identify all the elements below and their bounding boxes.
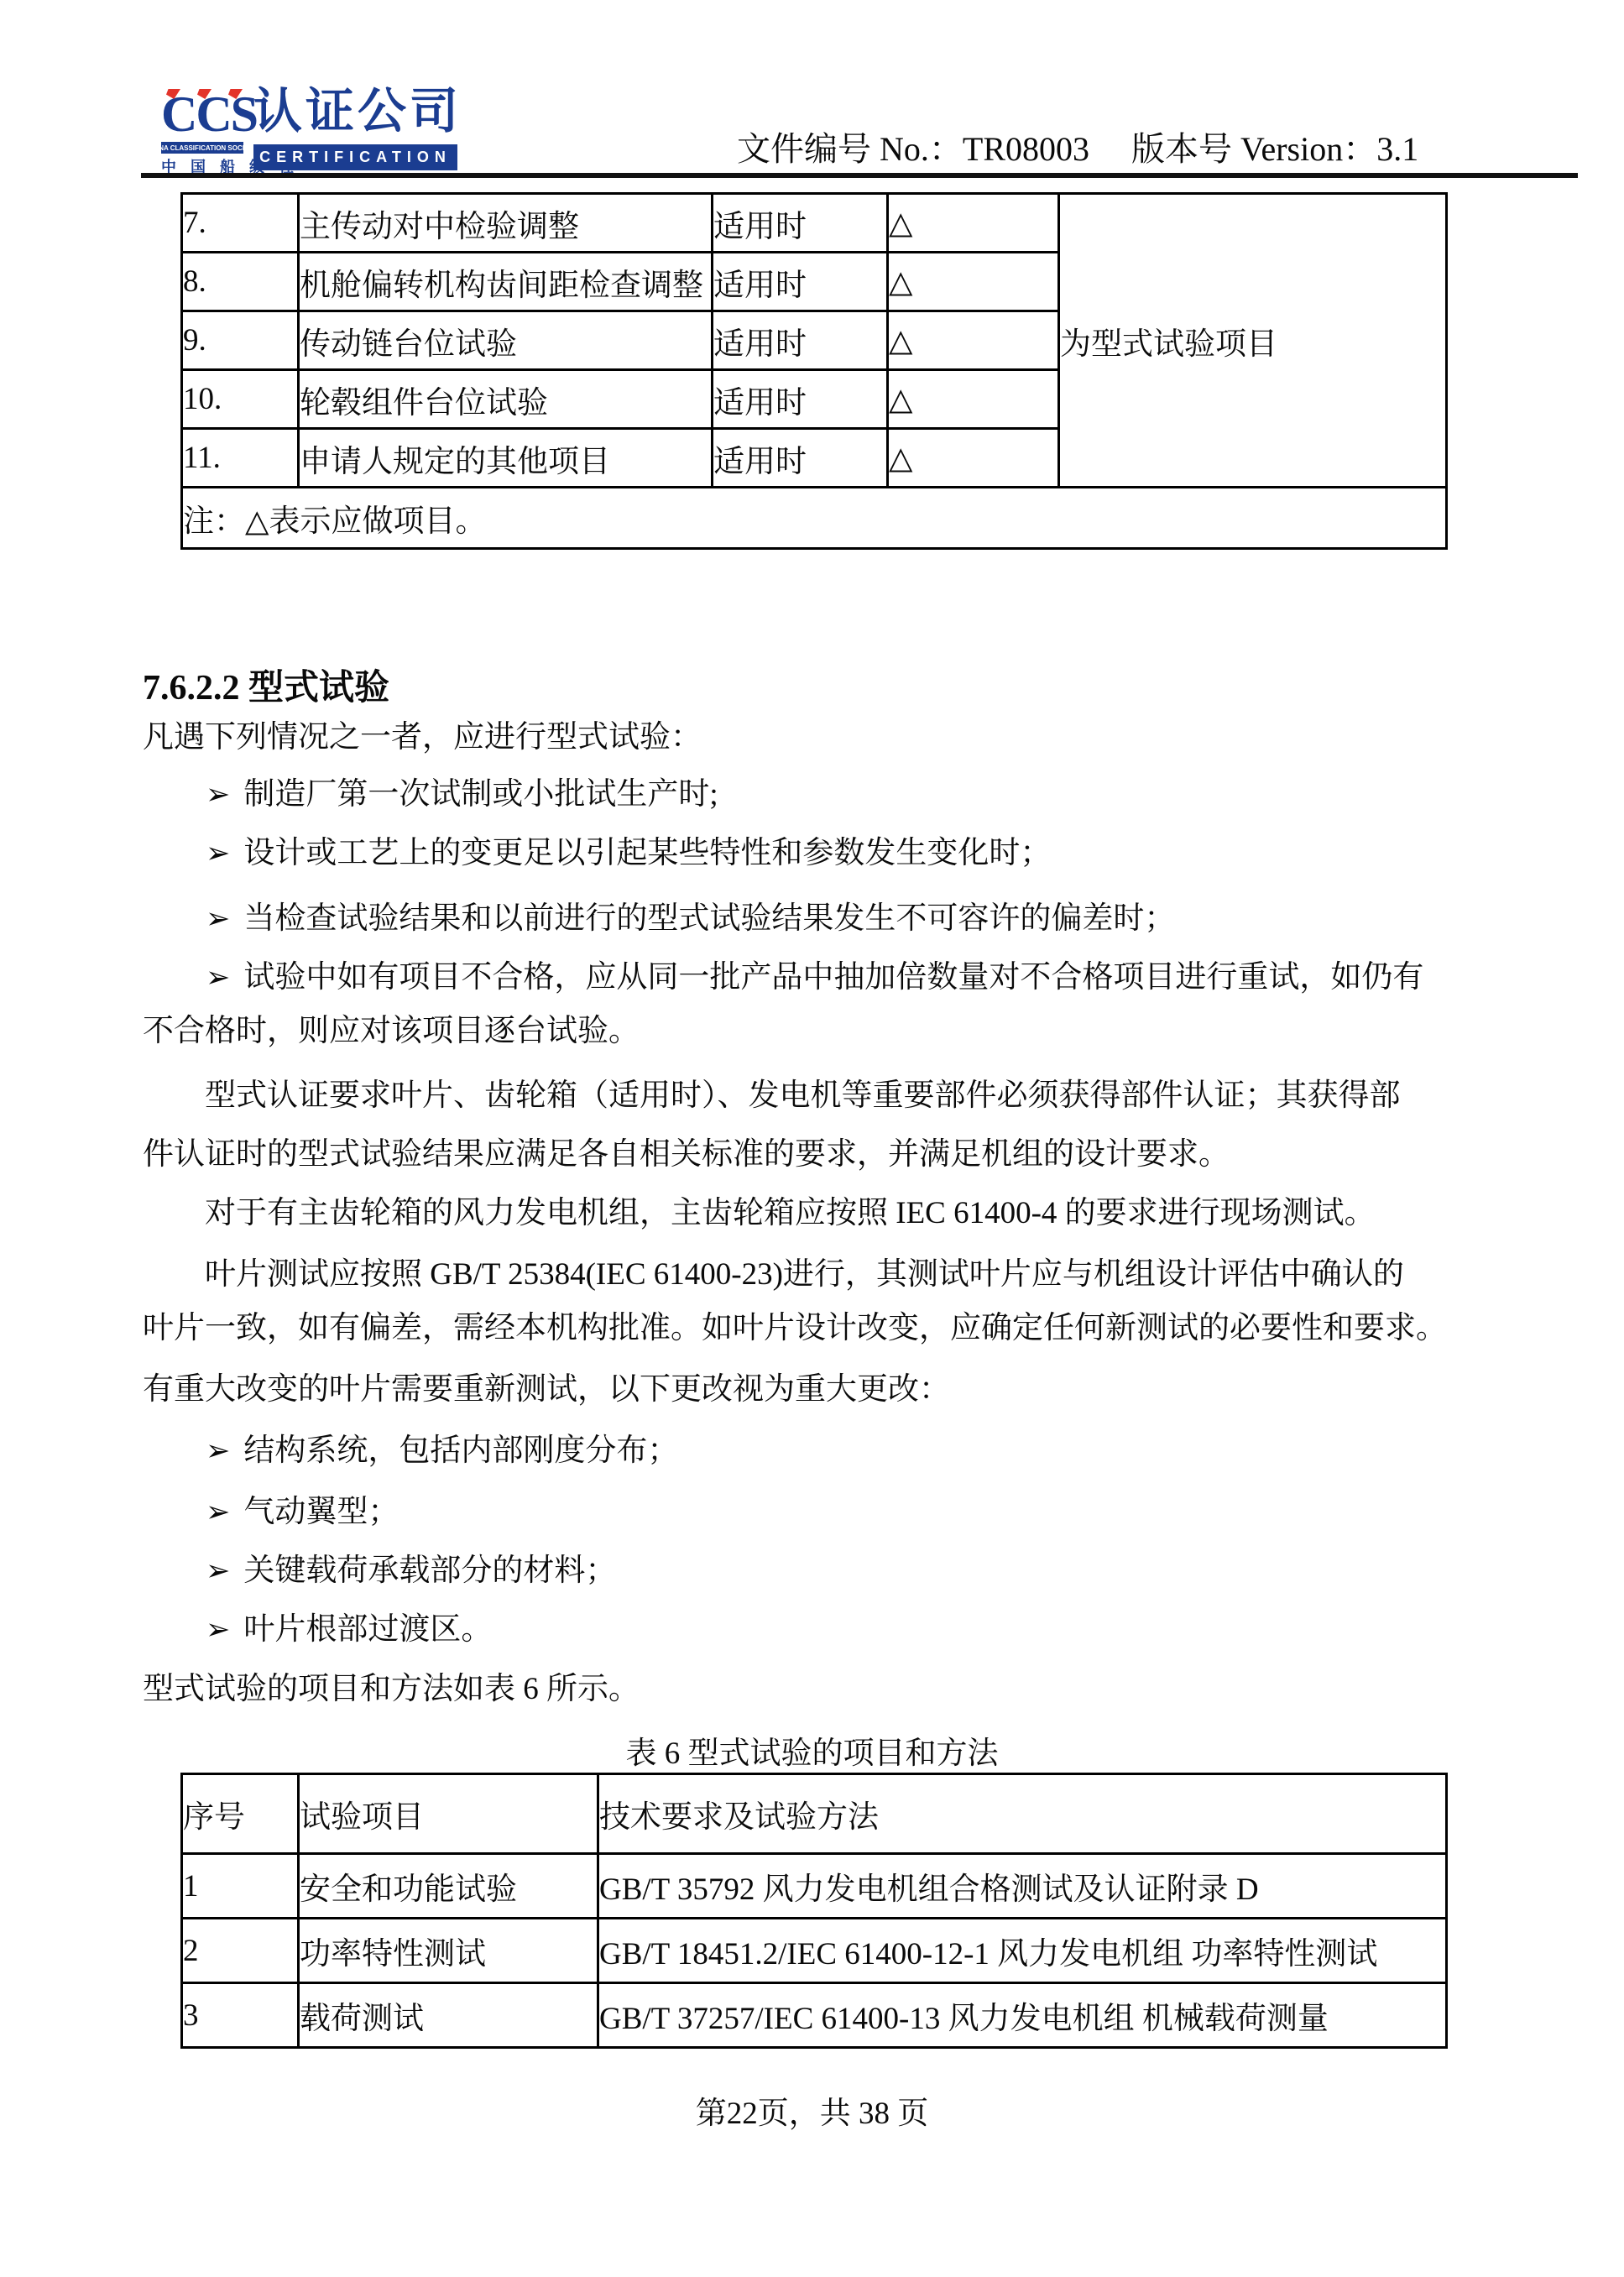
table-note-row: 注：△表示应做项目。 [182,488,1447,549]
logo-society-en: CHINA CLASSIFICATION SOCIETY [161,142,243,154]
bullet-item: ➢结构系统，包括内部刚度分布； [143,1432,1548,1470]
remark-cell: 为型式试验项目 [1059,194,1447,488]
mark-cell: △ [888,311,1059,370]
row-number-cell: 11. [182,429,299,488]
paragraph-line: 有重大改变的叶片需要重新测试，以下更改视为重大更改： [143,1371,1486,1409]
row-number-cell: 10. [182,370,299,429]
bullet-item: ➢关键载荷承载部分的材料； [143,1552,1548,1590]
item-cell: 载荷测试 [299,1983,598,2048]
triangle-icon: △ [889,265,912,300]
paragraph-line: 叶片一致，如有偏差，需经本机构批准。如叶片设计改变，应确定任何新测试的必要性和要… [143,1309,1486,1348]
doc-number: 文件编号 No.：TR08003 版本号 Version：3.1 [737,123,1418,170]
row-number-cell: 2 [182,1919,299,1983]
paragraph-line: 凡遇下列情况之一者，应进行型式试验： [143,718,1486,757]
table-row: 3 载荷测试 GB/T 37257/IEC 61400-13 风力发电机组 机械… [182,1983,1447,2048]
table-row: 1 安全和功能试验 GB/T 35792 风力发电机组合格测试及认证附录 D [182,1854,1447,1919]
type-test-table: 序号 试验项目 技术要求及试验方法 1 安全和功能试验 GB/T 35792 风… [180,1773,1448,2049]
arrow-bullet-icon: ➢ [206,1611,230,1649]
mark-cell: △ [888,370,1059,429]
triangle-icon: △ [889,441,912,476]
ccs-logo: CCS 认证公司 CHINA CLASSIFICATION SOCIETY 中 … [159,94,462,174]
item-cell: 主传动对中检验调整 [299,194,713,253]
item-cell: 传动链台位试验 [299,311,713,370]
mark-cell: △ [888,429,1059,488]
triangle-icon: △ [889,383,912,417]
row-number-cell: 7. [182,194,299,253]
arrow-bullet-icon: ➢ [206,958,230,997]
triangle-icon: △ [889,324,912,358]
bullet-item: ➢设计或工艺上的变更足以引起某些特性和参数发生变化时； [143,834,1548,873]
triangle-icon: △ [889,206,912,241]
table-row: 7. 主传动对中检验调整 适用时 △ 为型式试验项目 [182,194,1447,253]
applicable-cell: 适用时 [713,370,888,429]
inspection-items-table: 7. 主传动对中检验调整 适用时 △ 为型式试验项目 8. 机舱偏转机构齿间距检… [180,192,1448,550]
item-cell: 功率特性测试 [299,1919,598,1983]
note-cell: 注：△表示应做项目。 [182,488,1447,549]
header-cell: 技术要求及试验方法 [598,1774,1447,1854]
arrow-bullet-icon: ➢ [206,900,230,938]
row-number-cell: 3 [182,1983,299,2048]
logo-company-name: 认证公司 [253,86,462,138]
method-cell: GB/T 37257/IEC 61400-13 风力发电机组 机械载荷测量 [598,1983,1447,2048]
paragraph-line: 型式认证要求叶片、齿轮箱（适用时）、发电机等重要部件必须获得部件认证；其获得部 [143,1077,1548,1115]
mark-cell: △ [888,253,1059,311]
table-header-row: 序号 试验项目 技术要求及试验方法 [182,1774,1447,1854]
bullet-item: ➢气动翼型； [143,1493,1548,1532]
applicable-cell: 适用时 [713,311,888,370]
logo-certification-bar: CERTIFICATION [253,144,457,170]
paragraph-line: 叶片测试应按照 GB/T 25384(IEC 61400-23)进行，其测试叶片… [143,1256,1548,1294]
arrow-bullet-icon: ➢ [206,1432,230,1470]
item-cell: 机舱偏转机构齿间距检查调整 [299,253,713,311]
item-cell: 轮毂组件台位试验 [299,370,713,429]
paragraph-line: 件认证时的型式试验结果应满足各自相关标准的要求，并满足机组的设计要求。 [143,1136,1486,1174]
header-cell: 试验项目 [299,1774,598,1854]
mark-cell: △ [888,194,1059,253]
applicable-cell: 适用时 [713,194,888,253]
paragraph-line: 对于有主齿轮箱的风力发电机组，主齿轮箱应按照 IEC 61400-4 的要求进行… [143,1194,1548,1233]
method-cell: GB/T 35792 风力发电机组合格测试及认证附录 D [598,1854,1447,1919]
paragraph-line: 型式试验的项目和方法如表 6 所示。 [143,1670,1486,1709]
arrow-bullet-icon: ➢ [206,1552,230,1590]
bullet-item: ➢试验中如有项目不合格，应从同一批产品中抽加倍数量对不合格项目进行重试，如仍有 [143,958,1548,997]
header-rule [141,173,1578,178]
table6-caption: 表 6 型式试验的项目和方法 [0,1727,1624,1773]
arrow-bullet-icon: ➢ [206,1493,230,1532]
bullet-item: ➢制造厂第一次试制或小批试生产时; [143,776,1548,814]
row-number-cell: 9. [182,311,299,370]
header-cell: 序号 [182,1774,299,1854]
arrow-bullet-icon: ➢ [206,776,230,814]
bullet-item: ➢叶片根部过渡区。 [143,1611,1548,1649]
method-cell: GB/T 18451.2/IEC 61400-12-1 风力发电机组 功率特性测… [598,1919,1447,1983]
applicable-cell: 适用时 [713,429,888,488]
section-heading: 7.6.2.2 型式试验 [143,660,389,710]
paragraph-line: 不合格时，则应对该项目逐台试验。 [143,1012,1486,1051]
table-row: 2 功率特性测试 GB/T 18451.2/IEC 61400-12-1 风力发… [182,1919,1447,1983]
row-number-cell: 8. [182,253,299,311]
document-page: CCS 认证公司 CHINA CLASSIFICATION SOCIETY 中 … [0,0,1624,2277]
item-cell: 申请人规定的其他项目 [299,429,713,488]
item-cell: 安全和功能试验 [299,1854,598,1919]
arrow-bullet-icon: ➢ [206,834,230,873]
bullet-item: ➢当检查试验结果和以前进行的型式试验结果发生不可容许的偏差时； [143,900,1548,938]
row-number-cell: 1 [182,1854,299,1919]
page-number: 第22页，共 38 页 [0,2087,1624,2133]
applicable-cell: 适用时 [713,253,888,311]
